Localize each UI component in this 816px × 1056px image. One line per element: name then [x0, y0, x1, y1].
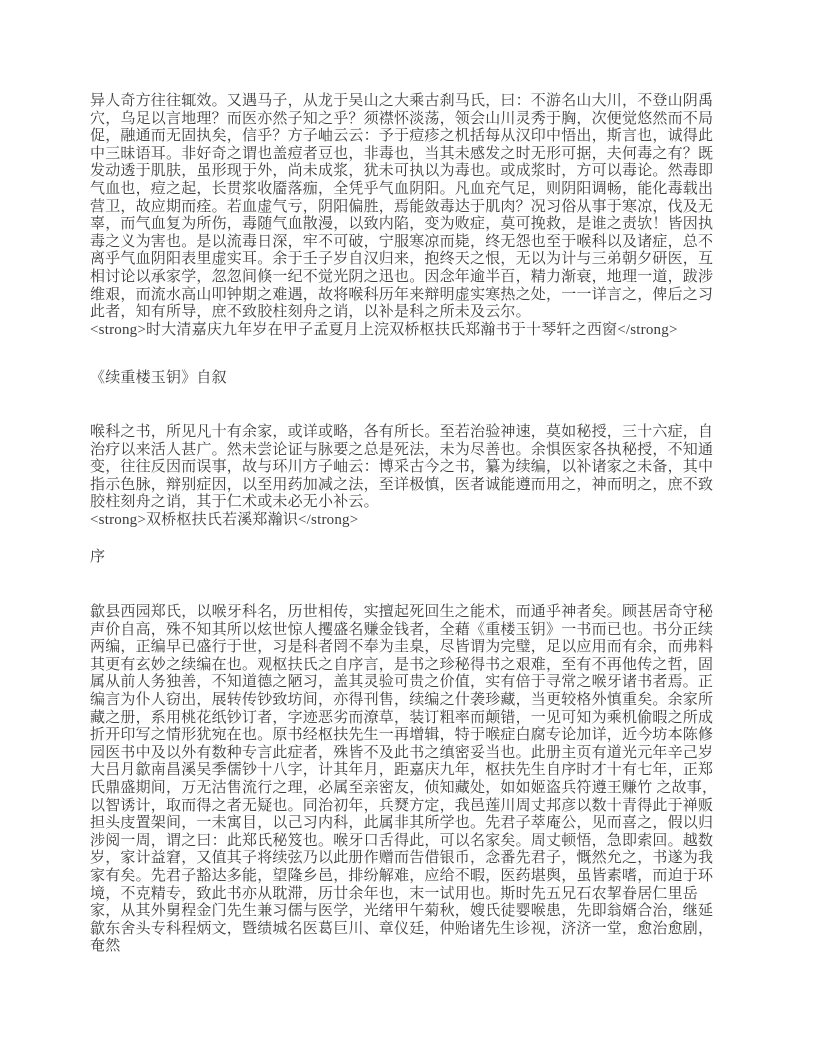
document-page: 异人奇方往往辄效。又遇马子，从龙于吴山之大乘古刹马氏，曰：不游名山大川，不登山阴…	[0, 0, 816, 1056]
xu-heading: 序	[90, 549, 728, 567]
xu-paragraph: 歙县西园郑氏，以喉牙科名，历世相传，实擅起死回生之能术，而通乎神者矣。顾甚居奇守…	[90, 604, 728, 956]
self-preface-paragraph: 喉科之书，所见凡十有余家，或详或略，各有所长。至若治验神速，莫如秘授，三十六症，…	[90, 424, 728, 512]
preface-colophon-line: <strong>时大清嘉庆九年岁在甲子孟夏月上浣双桥枢扶氏郑瀚书于十琴轩之西窗<…	[90, 322, 728, 340]
self-preface-heading: 《续重楼玉钥》自叙	[90, 370, 728, 388]
preface-paragraph: 异人奇方往往辄效。又遇马子，从龙于吴山之大乘古刹马氏，曰：不游名山大川，不登山阴…	[90, 93, 728, 322]
self-preface-colophon-line: <strong>双桥枢扶氏若溪郑瀚识</strong>	[90, 512, 728, 530]
